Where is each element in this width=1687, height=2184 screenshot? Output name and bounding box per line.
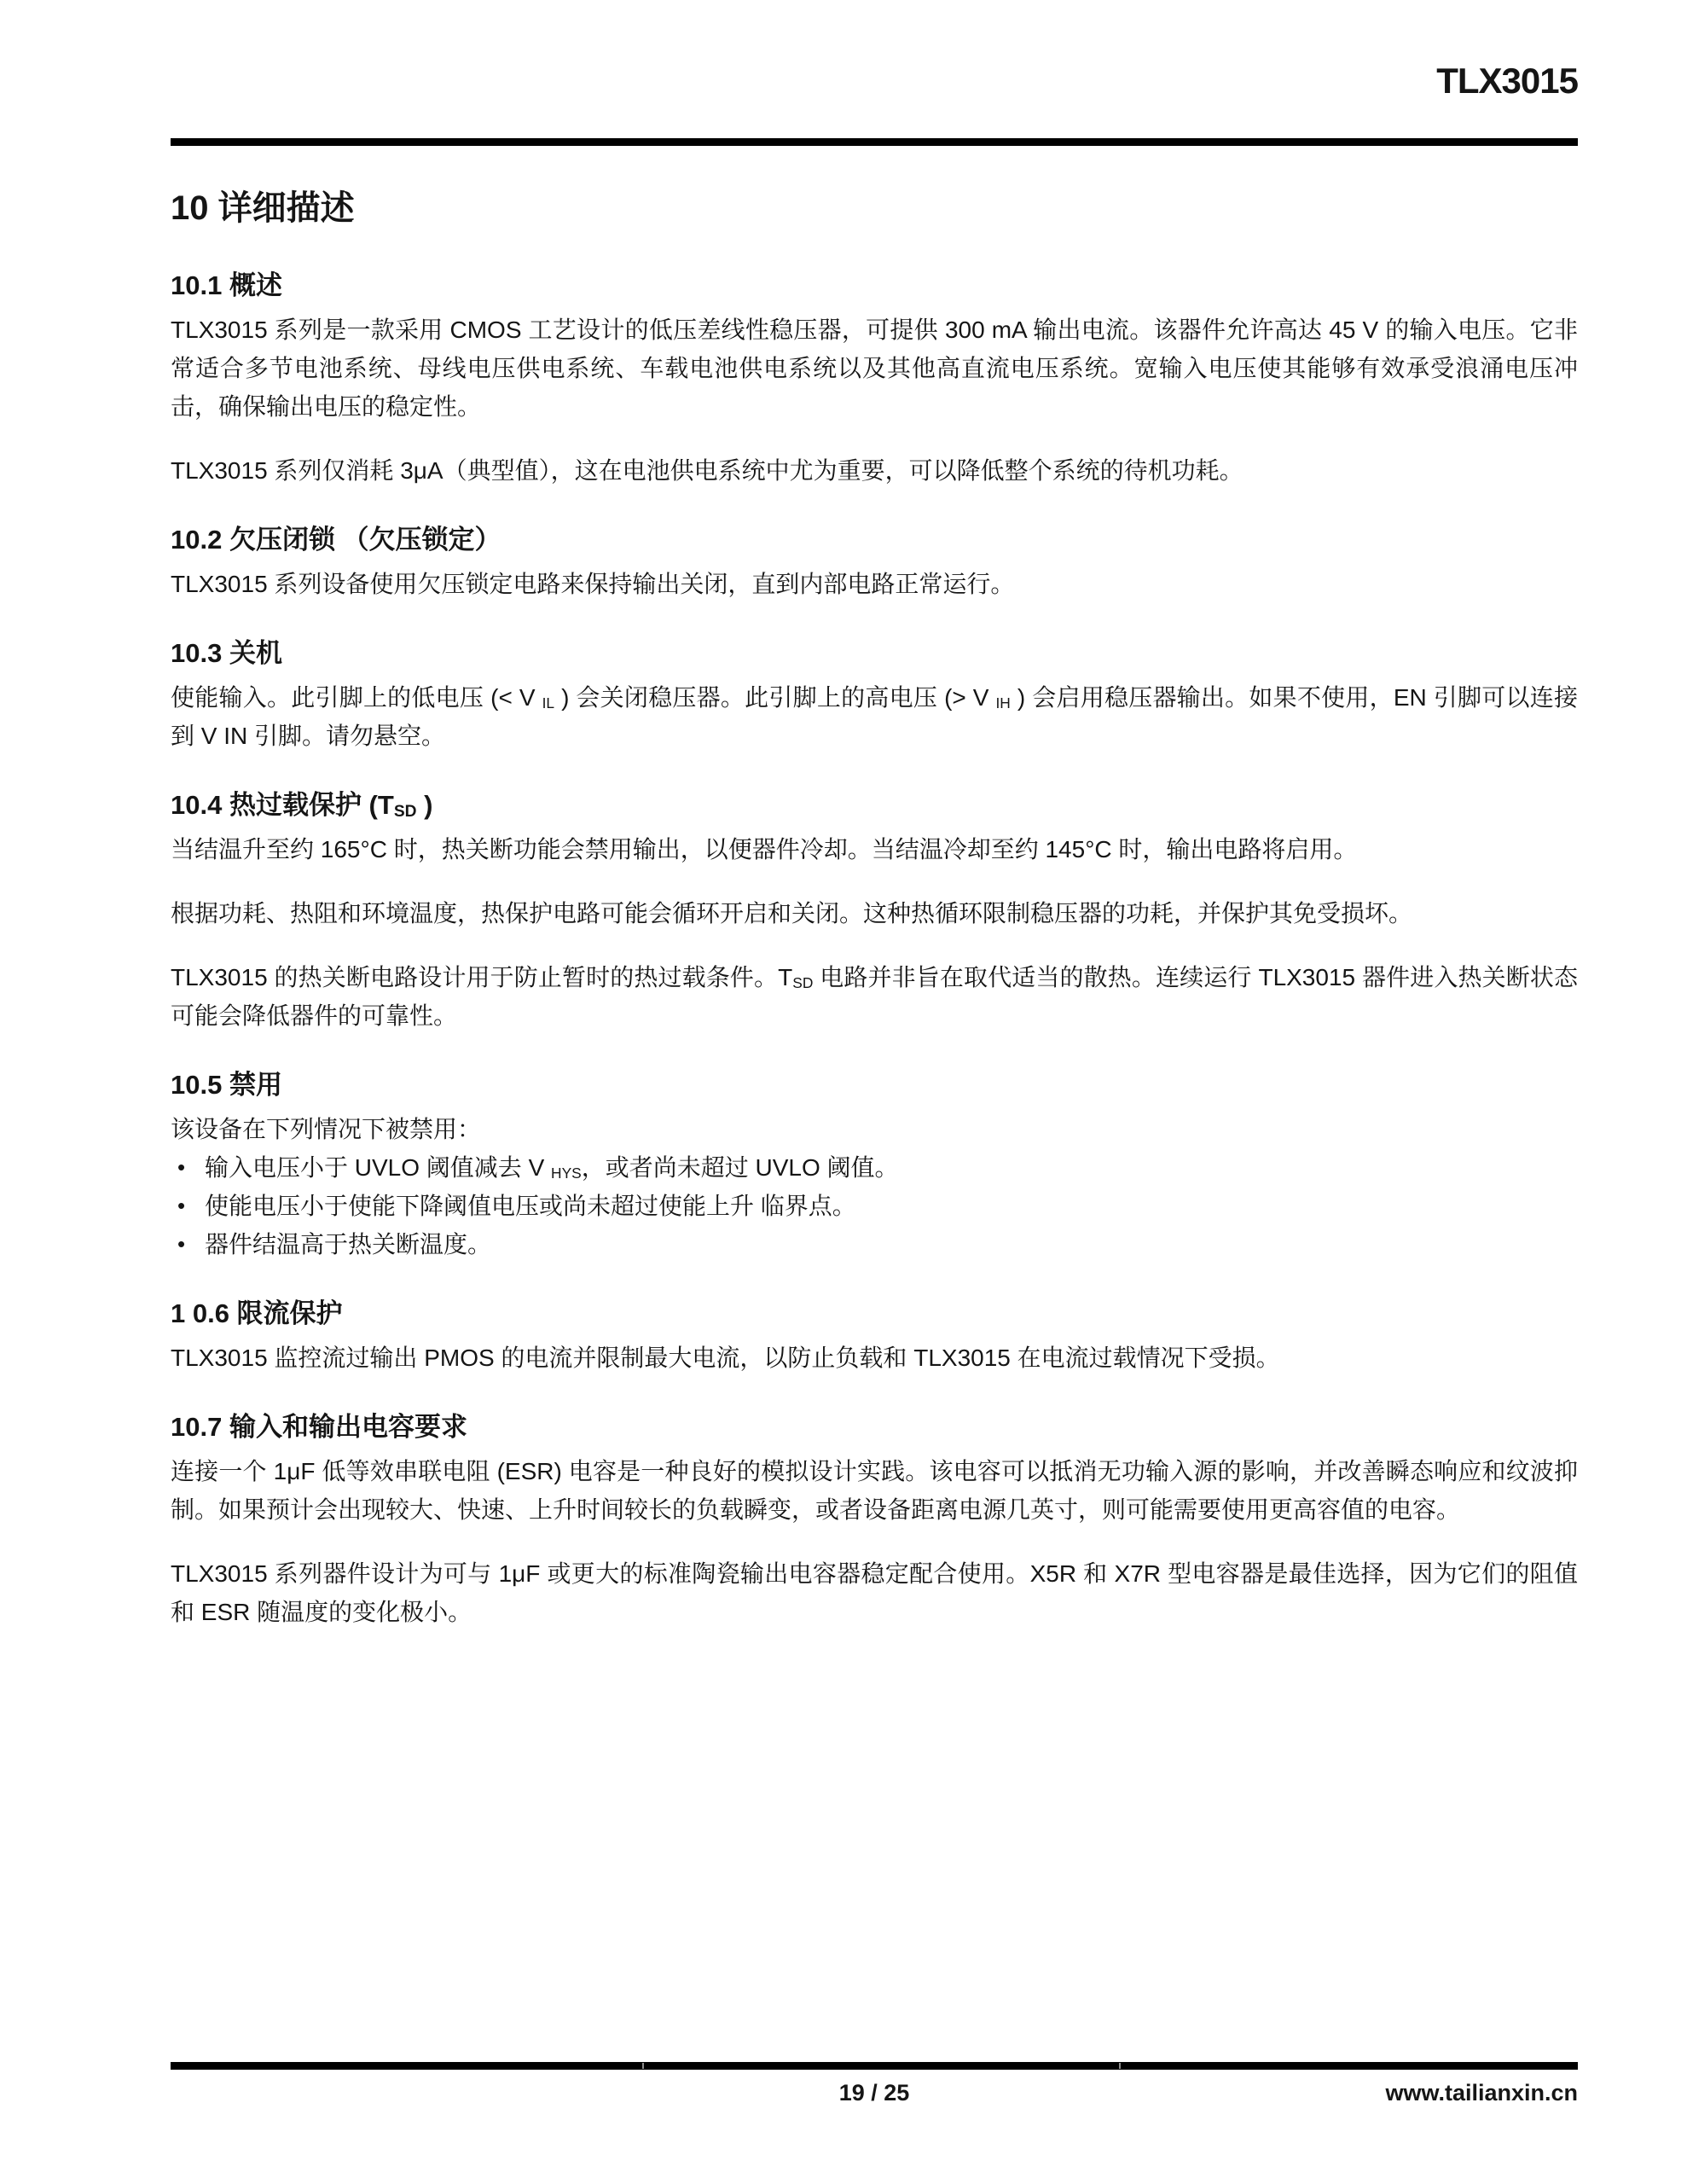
footer-rule [171, 2062, 1578, 2070]
section-current-limit: 1 0.6 限流保护 TLX3015 监控流过输出 PMOS 的电流并限制最大电… [171, 1299, 1578, 1377]
page-number: 19 / 25 [171, 2080, 1578, 2106]
paragraph: TLX3015 系列仅消耗 3μA（典型值），这在电池供电系统中尤为重要，可以降… [171, 451, 1578, 490]
bullet-icon: • [171, 1187, 205, 1225]
page-footer: 19 / 25 www.tailianxin.cn [171, 2062, 1578, 2111]
list-item-text: 输入电压小于 UVLO 阈值减去 V HYS，或者尚未超过 UVLO 阈值。 [205, 1148, 1578, 1187]
section-disable-heading: 10.5 禁用 [171, 1071, 1578, 1100]
paragraph: TLX3015 监控流过输出 PMOS 的电流并限制最大电流，以防止负载和 TL… [171, 1339, 1578, 1377]
paragraph: 使能输入。此引脚上的低电压 (< V IL ) 会关闭稳压器。此引脚上的高电压 … [171, 678, 1578, 755]
paragraph: TLX3015 的热关断电路设计用于防止暂时的热过载条件。TSD 电路并非旨在取… [171, 958, 1578, 1035]
datasheet-page: TLX3015 10 详细描述 10.1 概述 TLX3015 系列是一款采用 … [0, 0, 1687, 2184]
page-content: TLX3015 10 详细描述 10.1 概述 TLX3015 系列是一款采用 … [171, 0, 1578, 1631]
list-item: • 器件结温高于热关断温度。 [171, 1225, 1578, 1263]
paragraph: 根据功耗、热阻和环境温度，热保护电路可能会循环开启和关闭。这种热循环限制稳压器的… [171, 894, 1578, 932]
section-overview: 10.1 概述 TLX3015 系列是一款采用 CMOS 工艺设计的低压差线性稳… [171, 271, 1578, 490]
website-url: www.tailianxin.cn [1385, 2080, 1578, 2106]
footer-rule-divider [642, 2063, 644, 2069]
subscript-tsd: SD [394, 803, 417, 821]
document-title: TLX3015 [171, 63, 1578, 99]
section-current-limit-heading: 1 0.6 限流保护 [171, 1299, 1578, 1328]
paragraph: 连接一个 1μF 低等效串联电阻 (ESR) 电容是一种良好的模拟设计实践。该电… [171, 1452, 1578, 1529]
disable-conditions-list: • 输入电压小于 UVLO 阈值减去 V HYS，或者尚未超过 UVLO 阈值。… [171, 1148, 1578, 1263]
subscript-vil: IL [542, 694, 554, 712]
section-capacitor-req-heading: 10.7 输入和输出电容要求 [171, 1413, 1578, 1442]
subscript-tsd: SD [792, 974, 813, 991]
section-thermal: 10.4 热过载保护 (TSD ) 当结温升至约 165°C 时，热关断功能会禁… [171, 791, 1578, 1035]
text-segment: TLX3015 的热关断电路设计用于防止暂时的热过载条件。T [171, 964, 792, 990]
footer-rule-divider [1119, 2063, 1121, 2069]
section-shutdown: 10.3 关机 使能输入。此引脚上的低电压 (< V IL ) 会关闭稳压器。此… [171, 639, 1578, 755]
section-disable: 10.5 禁用 该设备在下列情况下被禁用： • 输入电压小于 UVLO 阈值减去… [171, 1071, 1578, 1263]
section-uvlo-heading: 10.2 欠压闭锁 （欠压锁定） [171, 526, 1578, 555]
paragraph: TLX3015 系列是一款采用 CMOS 工艺设计的低压差线性稳压器，可提供 3… [171, 311, 1578, 426]
section-shutdown-heading: 10.3 关机 [171, 639, 1578, 668]
paragraph: TLX3015 系列设备使用欠压锁定电路来保持输出关闭，直到内部电路正常运行。 [171, 565, 1578, 603]
list-item: • 使能电压小于使能下降阈值电压或尚未超过使能上升 临界点。 [171, 1187, 1578, 1225]
main-heading: 10 详细描述 [171, 189, 1578, 227]
subscript-vhys: HYS [551, 1165, 582, 1182]
page-header: TLX3015 [171, 0, 1578, 146]
list-item: • 输入电压小于 UVLO 阈值减去 V HYS，或者尚未超过 UVLO 阈值。 [171, 1148, 1578, 1187]
section-overview-heading: 10.1 概述 [171, 271, 1578, 300]
paragraph: TLX3015 系列器件设计为可与 1μF 或更大的标准陶瓷输出电容器稳定配合使… [171, 1554, 1578, 1631]
bullet-icon: • [171, 1148, 205, 1187]
text-segment: 输入电压小于 UVLO 阈值减去 V [205, 1154, 551, 1181]
section-thermal-heading: 10.4 热过载保护 (TSD ) [171, 791, 1578, 820]
footer-row: 19 / 25 www.tailianxin.cn [171, 2080, 1578, 2111]
text-segment: ) [417, 790, 433, 820]
section-capacitor-req: 10.7 输入和输出电容要求 连接一个 1μF 低等效串联电阻 (ESR) 电容… [171, 1413, 1578, 1631]
paragraph: 该设备在下列情况下被禁用： [171, 1110, 1578, 1148]
text-segment: 10.4 热过载保护 (T [171, 790, 394, 820]
list-item-text: 使能电压小于使能下降阈值电压或尚未超过使能上升 临界点。 [205, 1187, 1578, 1225]
paragraph: 当结温升至约 165°C 时，热关断功能会禁用输出，以便器件冷却。当结温冷却至约… [171, 830, 1578, 868]
list-item-text: 器件结温高于热关断温度。 [205, 1225, 1578, 1263]
text-segment: ，或者尚未超过 UVLO 阈值。 [582, 1154, 899, 1181]
header-rule [171, 138, 1578, 146]
section-uvlo: 10.2 欠压闭锁 （欠压锁定） TLX3015 系列设备使用欠压锁定电路来保持… [171, 526, 1578, 603]
subscript-vih: IH [995, 694, 1010, 712]
text-segment: ) 会关闭稳压器。此引脚上的高电压 (> V [554, 684, 995, 711]
bullet-icon: • [171, 1225, 205, 1263]
text-segment: 使能输入。此引脚上的低电压 (< V [171, 684, 542, 711]
